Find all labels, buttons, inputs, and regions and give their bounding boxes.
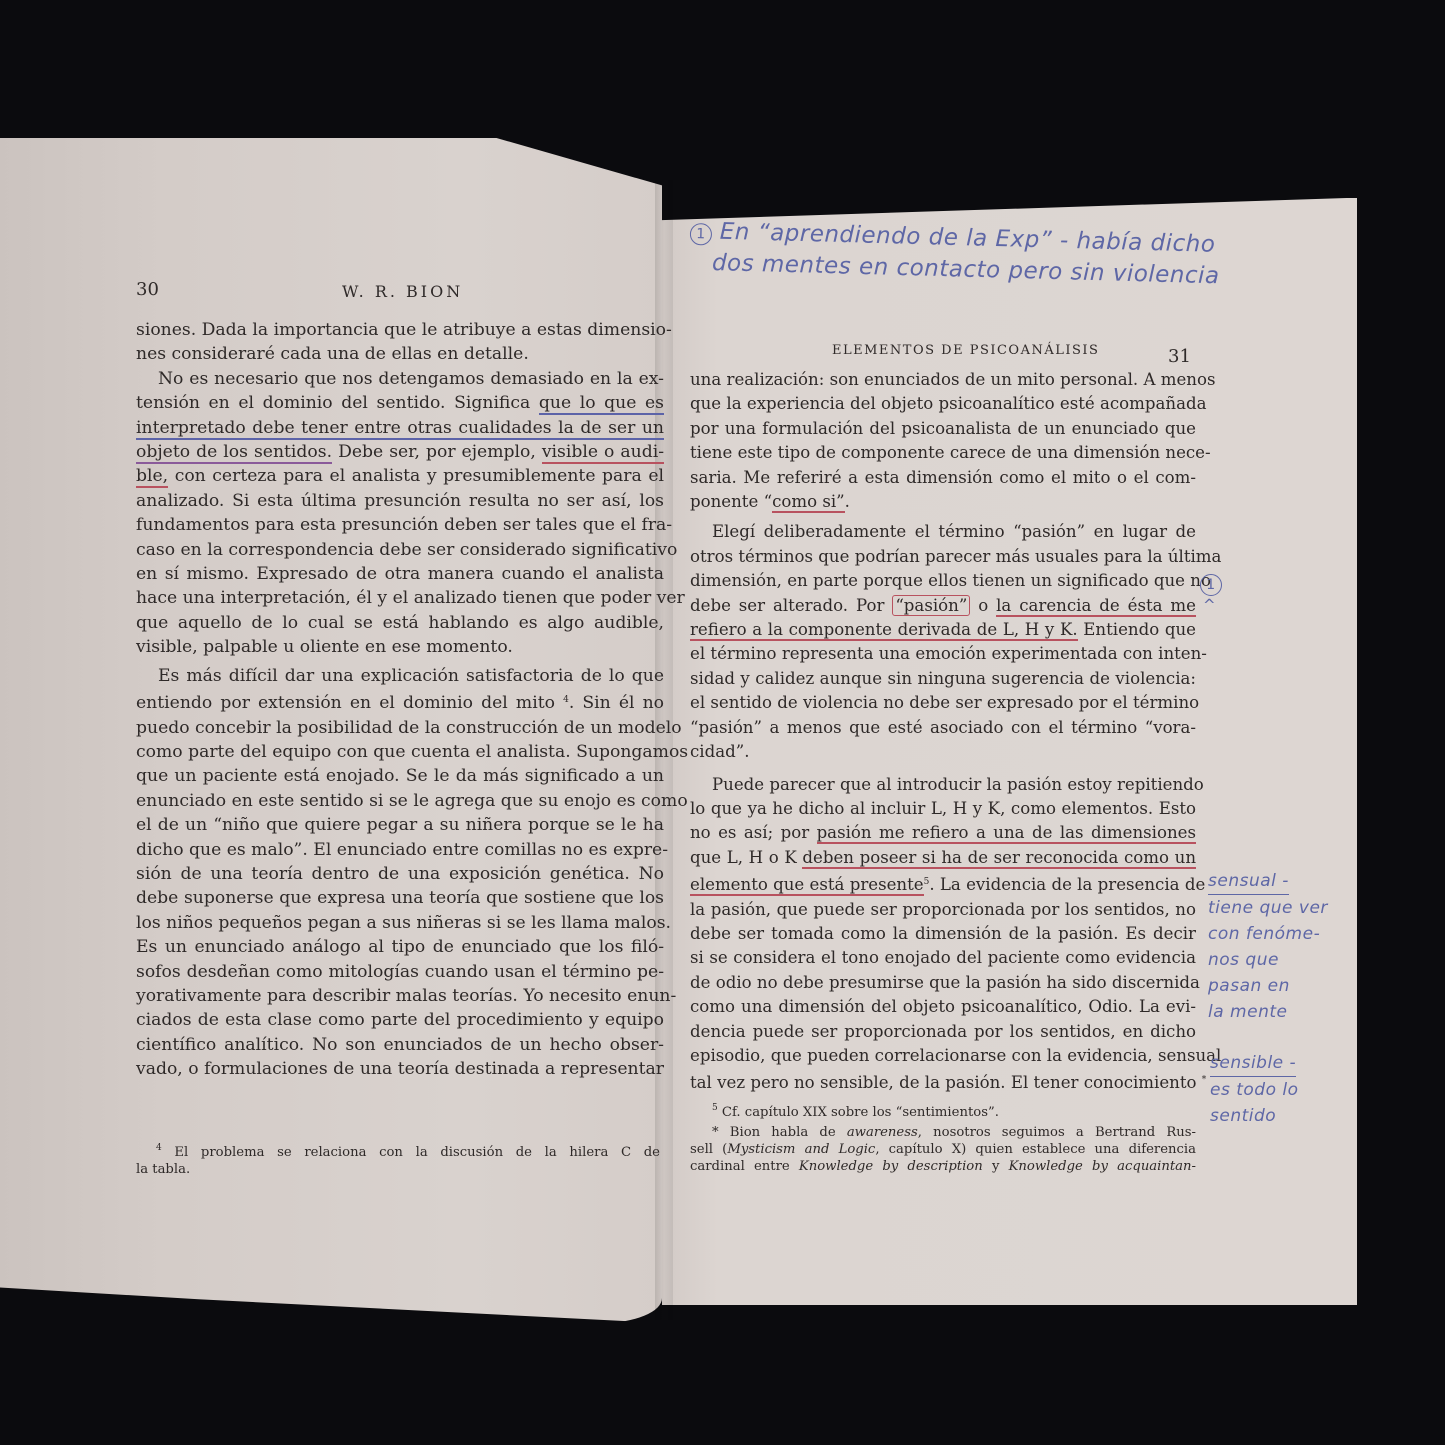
- red-underline: como si”: [772, 492, 845, 513]
- text-line: analizado. Si esta última presunción res…: [136, 489, 664, 513]
- text-line: los niños pequeños pegan a sus niñeras s…: [136, 911, 664, 935]
- right-body-text: una realización: son enunciados de un mi…: [690, 368, 1196, 1096]
- text-line: entiendo por extensión en el dominio del…: [136, 688, 664, 715]
- text-line: objeto de los sentidos. Debe ser, por ej…: [136, 440, 664, 464]
- text-line: No es necesario que nos detengamos demas…: [136, 367, 664, 391]
- circled-number-icon: 1: [1200, 574, 1222, 596]
- text-line: dicho que es malo”. El enunciado entre c…: [136, 838, 664, 862]
- purple-underline: objeto de los sentidos.: [136, 442, 332, 464]
- text-line: vado, o formulaciones de una teoría dest…: [136, 1057, 664, 1081]
- margin-note-sensible: sensible - es todo lo sentido: [1210, 1050, 1299, 1129]
- text-line: debe suponerse que expresa una teoría qu…: [136, 886, 664, 910]
- text-line: como parte del equipo con que cuenta el …: [136, 740, 664, 764]
- red-underline: la carencia de ésta me: [996, 596, 1196, 617]
- text-line: enunciado en este sentido si se le agreg…: [136, 789, 664, 813]
- text-line: Es más difícil dar una explicación satis…: [136, 664, 664, 688]
- right-footnotes: 5 Cf. capítulo XIX sobre los “sentimient…: [690, 1100, 1196, 1175]
- text-line: que aquello de lo cual se está hablando …: [136, 611, 664, 635]
- footnote-ref: *: [1202, 1075, 1207, 1085]
- blue-underline: interpretado debe tener entre otras cual…: [136, 418, 664, 440]
- text-line: ble, con certeza para el analista y pres…: [136, 464, 664, 488]
- text-line: científico analítico. No son enunciados …: [136, 1033, 664, 1057]
- text-line: el de un “niño que quiere pegar a su niñ…: [136, 813, 664, 837]
- blue-underline: que lo que es: [539, 393, 664, 415]
- text-line: sofos desdeñan como mitologías cuando us…: [136, 960, 664, 984]
- red-boxed-word: “pasión”: [892, 595, 970, 616]
- text-line: sión de una teoría dentro de una exposic…: [136, 862, 664, 886]
- red-underline: refiero a la componente derivada de L, H…: [690, 620, 1078, 641]
- text-line: tensión en el dominio del sentido. Signi…: [136, 391, 664, 415]
- red-underline: ble,: [136, 466, 168, 488]
- red-underline: pasión me refiero a una de las dimension…: [817, 823, 1196, 844]
- circled-number-icon: 1: [690, 223, 713, 246]
- right-running-head: ELEMENTOS DE PSICOANÁLISIS: [832, 343, 1099, 358]
- right-page-number: 31: [1168, 346, 1191, 367]
- text-line: fundamentos para esta presunción deben s…: [136, 513, 664, 537]
- text-line: caso en la correspondencia debe ser cons…: [136, 538, 664, 562]
- caret-icon: ^: [1203, 596, 1216, 614]
- red-underline: visible o audi-: [542, 442, 664, 464]
- margin-note-sensual: sensual - tiene que ver con fenóme- nos …: [1208, 868, 1328, 1025]
- text-line: nes consideraré cada una de ellas en det…: [136, 342, 664, 366]
- red-underline: deben poseer si ha de ser reconocida com…: [802, 848, 1196, 869]
- text-line: visible, palpable u oliente en ese momen…: [136, 635, 664, 659]
- text-line: siones. Dada la importancia que le atrib…: [136, 318, 664, 342]
- left-body-text: siones. Dada la importancia que le atrib…: [136, 318, 664, 1082]
- left-page-number: 30: [136, 279, 159, 300]
- text-line: yorativamente para describir malas teorí…: [136, 984, 664, 1008]
- text-line: ciados de esta clase como parte del proc…: [136, 1008, 664, 1032]
- left-running-head: W. R. BION: [342, 282, 463, 301]
- text-line: hace una interpretación, él y el analiza…: [136, 586, 664, 610]
- margin-circled-one: 1: [1200, 574, 1222, 596]
- red-underline: elemento que está presente: [690, 875, 924, 896]
- text-line: puedo concebir la posibilidad de la cons…: [136, 716, 664, 740]
- left-footnote: 4 El problema se relaciona con la discus…: [136, 1140, 660, 1178]
- text-line: en sí mismo. Expresado de otra manera cu…: [136, 562, 664, 586]
- text-line: interpretado debe tener entre otras cual…: [136, 416, 664, 440]
- text-line: Es un enunciado análogo al tipo de enunc…: [136, 935, 664, 959]
- text-line: que un paciente está enojado. Se le da m…: [136, 764, 664, 788]
